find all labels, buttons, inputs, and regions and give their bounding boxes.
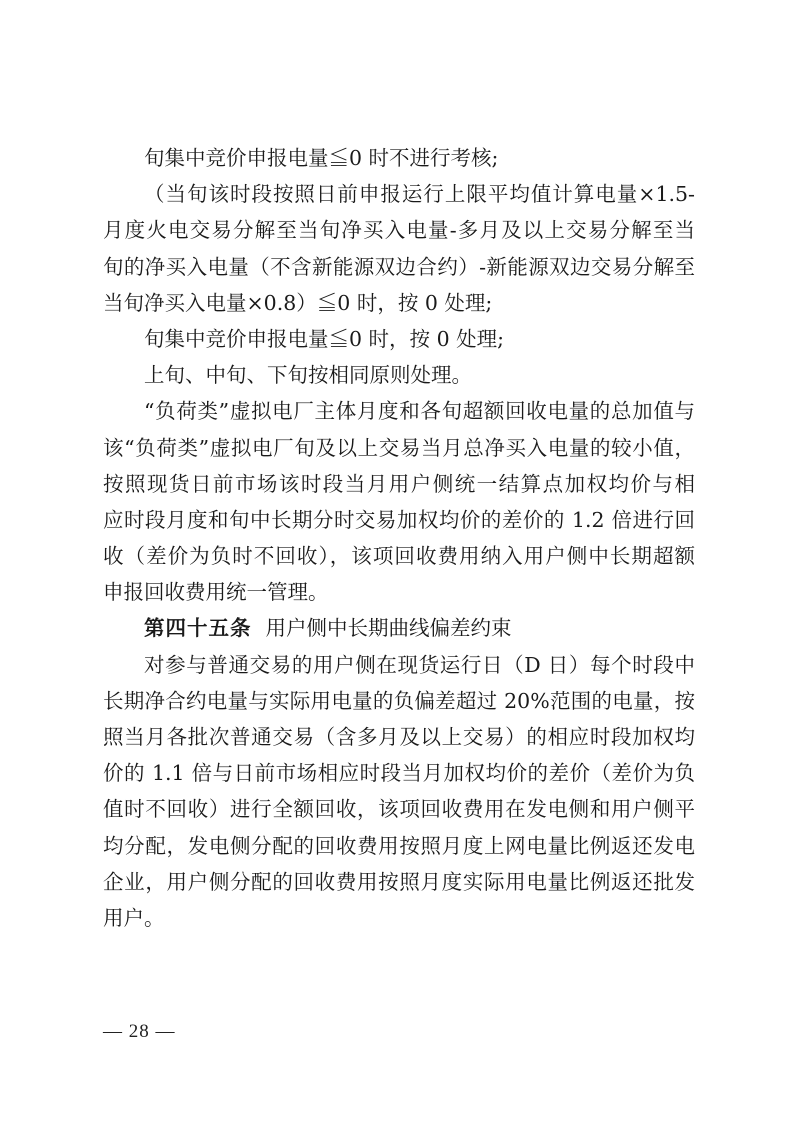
- text-line: 上旬、中旬、下旬按相同原则处理。: [103, 357, 695, 393]
- page-number: — 28 —: [103, 1021, 176, 1043]
- text-line: 值时不回收）进行全额回收，该项回收费用在发电侧和用户侧平: [103, 791, 695, 827]
- text-line: 价的 1.1 倍与日前市场相应时段当月加权均价的差价（差价为负: [103, 755, 695, 791]
- document-body: 旬集中竞价申报电量≦0 时不进行考核; （当旬该时段按照日前申报运行上限平均值计…: [103, 140, 695, 936]
- text-line: 长期净合约电量与实际用电量的负偏差超过 20%范围的电量，按: [103, 683, 695, 719]
- text-line: 应时段月度和旬中长期分时交易加权均价的差价的 1.2 倍进行回: [103, 502, 695, 538]
- text-line: 月度火电交易分解至当旬净买入电量-多月及以上交易分解至当: [103, 212, 695, 248]
- text-line: 该“负荷类”虚拟电厂旬及以上交易当月总净买入电量的较小值，: [103, 430, 695, 466]
- text-line: 用户。: [103, 900, 695, 936]
- text-line: 旬的净买入电量（不含新能源双边合约）-新能源双边交易分解至: [103, 249, 695, 285]
- article-number: 第四十五条: [144, 616, 252, 640]
- text-line: 对参与普通交易的用户侧在现货运行日（D 日）每个时段中: [103, 647, 695, 683]
- text-line: （当旬该时段按照日前申报运行上限平均值计算电量×1.5-: [103, 176, 695, 212]
- text-line: 企业，用户侧分配的回收费用按照月度实际用电量比例返还批发: [103, 864, 695, 900]
- document-page: 旬集中竞价申报电量≦0 时不进行考核; （当旬该时段按照日前申报运行上限平均值计…: [0, 0, 794, 1123]
- text-line: 按照现货日前市场该时段当月用户侧统一结算点加权均价与相: [103, 466, 695, 502]
- text-line: 申报回收费用统一管理。: [103, 574, 695, 610]
- article-title: 用户侧中长期曲线偏差约束: [266, 616, 512, 640]
- text-line: 旬集中竞价申报电量≦0 时不进行考核;: [103, 140, 695, 176]
- text-line: 当旬净买入电量×0.8）≦0 时，按 0 处理;: [103, 285, 695, 321]
- text-line: 旬集中竞价申报电量≦0 时，按 0 处理;: [103, 321, 695, 357]
- text-line: 照当月各批次普通交易（含多月及以上交易）的相应时段加权均: [103, 719, 695, 755]
- text-line: 收（差价为负时不回收），该项回收费用纳入用户侧中长期超额: [103, 538, 695, 574]
- article-heading: 第四十五条用户侧中长期曲线偏差约束: [103, 610, 695, 646]
- text-line: “负荷类”虚拟电厂主体月度和各旬超额回收电量的总加值与: [103, 393, 695, 429]
- text-line: 均分配，发电侧分配的回收费用按照月度上网电量比例返还发电: [103, 828, 695, 864]
